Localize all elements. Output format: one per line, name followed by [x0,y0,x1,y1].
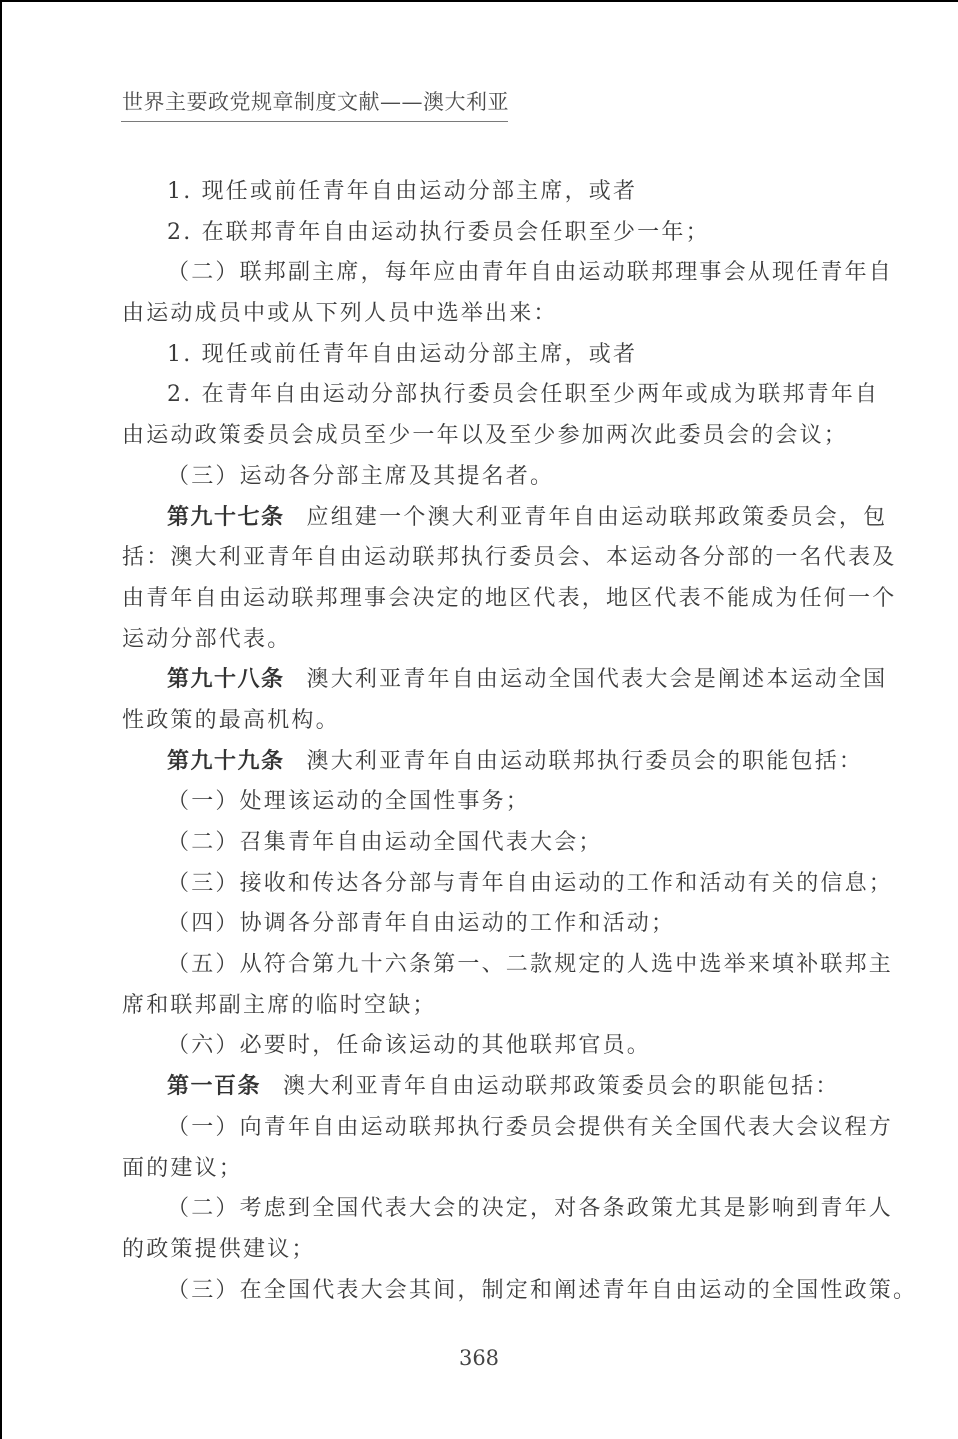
line-text: （三）运动各分部主席及其提名者。 [167,464,554,489]
text-line: 运动分部代表。 [122,620,854,661]
line-text: （一）向青年自由运动联邦执行委员会提供有关全国代表大会议程方 [167,1115,893,1140]
text-line: 2. 在青年自由运动分部执行委员会任职至少两年或成为联邦青年自 [122,375,854,416]
text-line: 性政策的最高机构。 [122,701,854,742]
text-line: （三）运动各分部主席及其提名者。 [122,457,854,498]
line-text: 1. 现任或前任青年自由运动分部主席，或者 [167,179,637,204]
text-line: 面的建议； [122,1149,854,1190]
text-line: （五）从符合第九十六条第一、二款规定的人选中选举来填补联邦主 [122,945,854,986]
text-line: （四）协调各分部青年自由运动的工作和活动； [122,904,854,945]
line-text: （二）召集青年自由运动全国代表大会； [167,830,603,855]
text-line: （一）向青年自由运动联邦执行委员会提供有关全国代表大会议程方 [122,1108,854,1149]
article-number: 第九十八条 [167,667,285,692]
line-text: （五）从符合第九十六条第一、二款规定的人选中选举来填补联邦主 [167,952,893,977]
line-text: 席和联邦副主席的临时空缺； [122,993,437,1018]
line-text: 由青年自由运动联邦理事会决定的地区代表，地区代表不能成为任何一个 [122,586,896,611]
line-text: （一）处理该运动的全国性事务； [167,789,530,814]
article-line: 第九十九条澳大利亚青年自由运动联邦执行委员会的职能包括： [122,742,854,783]
page-number: 368 [0,1346,958,1370]
line-text: （三）在全国代表大会其间，制定和阐述青年自由运动的全国性政策。 [167,1278,917,1303]
text-line: 由运动政策委员会成员至少一年以及至少参加两次此委员会的会议； [122,416,854,457]
text-line: 的政策提供建议； [122,1230,854,1271]
text-line: 1. 现任或前任青年自由运动分部主席，或者 [122,335,854,376]
line-text: （六）必要时，任命该运动的其他联邦官员。 [167,1033,651,1058]
line-text: （二）联邦副主席，每年应由青年自由运动联邦理事会从现任青年自 [167,260,893,285]
text-line: 括：澳大利亚青年自由运动联邦执行委员会、本运动各分部的一名代表及 [122,538,854,579]
header-rule [121,121,508,122]
text-line: （二）考虑到全国代表大会的决定，对各条政策尤其是影响到青年人 [122,1189,854,1230]
text-line: 席和联邦副主席的临时空缺； [122,986,854,1027]
line-text: （四）协调各分部青年自由运动的工作和活动； [167,911,675,936]
text-line: 2. 在联邦青年自由运动执行委员会任职至少一年； [122,213,854,254]
line-text: 2. 在青年自由运动分部执行委员会任职至少两年或成为联邦青年自 [167,382,879,407]
line-text: 面的建议； [122,1156,243,1181]
text-line: （二）召集青年自由运动全国代表大会； [122,823,854,864]
running-head: 世界主要政党规章制度文献——澳大利亚 [122,86,508,116]
scan-border-left [0,0,2,1439]
text-line: （三）接收和传达各分部与青年自由运动的工作和活动有关的信息； [122,864,854,905]
article-number: 第一百条 [167,1074,261,1099]
article-number: 第九十九条 [167,749,285,774]
article-line: 第九十八条澳大利亚青年自由运动全国代表大会是阐述本运动全国 [122,660,854,701]
line-text: 澳大利亚青年自由运动联邦政策委员会的职能包括： [283,1074,840,1099]
line-text: 1. 现任或前任青年自由运动分部主席，或者 [167,342,637,367]
text-line: 由青年自由运动联邦理事会决定的地区代表，地区代表不能成为任何一个 [122,579,854,620]
line-text: 应组建一个澳大利亚青年自由运动联邦政策委员会，包 [307,505,888,530]
text-line: 由运动成员中或从下列人员中选举出来： [122,294,854,335]
line-text: 2. 在联邦青年自由运动执行委员会任职至少一年； [167,220,710,245]
line-text: 的政策提供建议； [122,1237,316,1262]
article-line: 第一百条澳大利亚青年自由运动联邦政策委员会的职能包括： [122,1067,854,1108]
line-text: 括：澳大利亚青年自由运动联邦执行委员会、本运动各分部的一名代表及 [122,545,896,570]
article-number: 第九十七条 [167,505,285,530]
line-text: 澳大利亚青年自由运动联邦执行委员会的职能包括： [307,749,864,774]
line-text: 由运动成员中或从下列人员中选举出来： [122,301,558,326]
scan-border-top [0,0,958,2]
text-line: （三）在全国代表大会其间，制定和阐述青年自由运动的全国性政策。 [122,1271,854,1312]
line-text: 运动分部代表。 [122,627,291,652]
line-text: 澳大利亚青年自由运动全国代表大会是阐述本运动全国 [307,667,888,692]
text-line: 1. 现任或前任青年自由运动分部主席，或者 [122,172,854,213]
line-text: （二）考虑到全国代表大会的决定，对各条政策尤其是影响到青年人 [167,1196,893,1221]
line-text: 性政策的最高机构。 [122,708,340,733]
text-line: （六）必要时，任命该运动的其他联邦官员。 [122,1026,854,1067]
text-line: （二）联邦副主席，每年应由青年自由运动联邦理事会从现任青年自 [122,253,854,294]
line-text: （三）接收和传达各分部与青年自由运动的工作和活动有关的信息； [167,871,893,896]
article-line: 第九十七条应组建一个澳大利亚青年自由运动联邦政策委员会，包 [122,498,854,539]
text-line: （一）处理该运动的全国性事务； [122,782,854,823]
body-text: 1. 现任或前任青年自由运动分部主席，或者2. 在联邦青年自由运动执行委员会任职… [122,172,854,1311]
line-text: 由运动政策委员会成员至少一年以及至少参加两次此委员会的会议； [122,423,848,448]
